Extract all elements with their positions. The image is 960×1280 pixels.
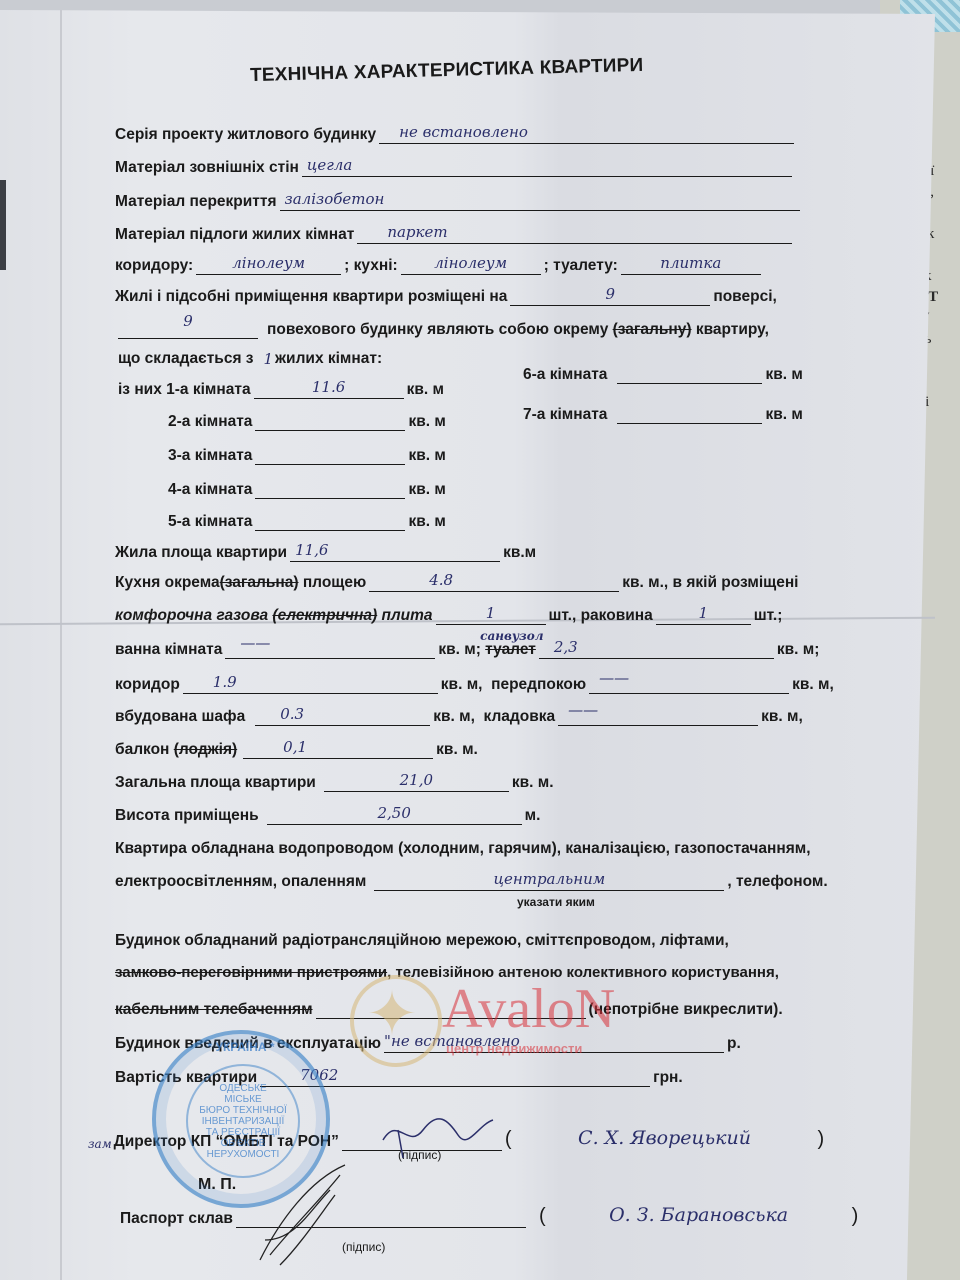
living-area-field: 11,6 xyxy=(290,543,500,562)
corridor-field: 1.9 xyxy=(183,675,438,694)
close-paren: ) xyxy=(818,1128,825,1151)
stamp-center-text: ОДЕСЬКЕМІСЬКЕБЮРО ТЕХНІЧНОЇІНВЕНТАРИЗАЦІ… xyxy=(186,1064,300,1178)
heating-value: центральним xyxy=(374,870,724,888)
building-text-struck: (загальну) xyxy=(613,321,692,339)
row-location: Жилі і підсобні приміщення квартири розм… xyxy=(115,287,777,306)
corridor-unit: кв. м, xyxy=(441,676,483,694)
open-paren: ( xyxy=(505,1128,512,1151)
total-area-unit: кв. м. xyxy=(512,774,554,792)
room-label: 2-а кімната xyxy=(168,413,252,431)
kitchen-area-value: 4.8 xyxy=(429,571,619,589)
series-field: не встановлено xyxy=(379,125,794,144)
wardrobe-unit: кв. м, xyxy=(433,708,475,726)
equipment-text: Квартира обладнана водопроводом (холодни… xyxy=(115,840,811,858)
corridor-label: коридор xyxy=(115,676,180,694)
balcony-label: балкон xyxy=(115,741,169,759)
wardrobe-label: вбудована шафа xyxy=(115,708,245,726)
stamp-line: ОДЕСЬКЕ xyxy=(188,1083,298,1094)
room-field xyxy=(255,480,405,499)
room-row: 7-а кімната кв. м xyxy=(523,405,803,424)
row-floor-types: коридору: лінолеум ; кухні: лінолеум ; т… xyxy=(115,256,764,275)
watermark-name: AvaloN xyxy=(442,977,615,1041)
kitchen-label: Кухня окрема xyxy=(115,574,220,592)
floor-number-value: 9 xyxy=(510,285,710,303)
corridor-floor-field: лінолеум xyxy=(196,256,341,275)
director-prefix: зам xyxy=(88,1137,112,1151)
total-area-field: 21,0 xyxy=(324,773,509,792)
building-equipment-struck: замково-переговірними пристроями xyxy=(115,964,387,981)
passport-name: О. З. Барановська xyxy=(549,1204,849,1226)
wardrobe-field: 0.3 xyxy=(255,707,430,726)
kitchen-label-struck: (загальна) xyxy=(220,574,299,592)
living-area-value: 11,6 xyxy=(295,541,500,559)
equipment-text-end: , телефоном. xyxy=(727,873,827,891)
hall-value: —— xyxy=(599,669,789,687)
row-equipment-2: електроосвітленням, опаленням центральни… xyxy=(115,872,828,891)
building-floors-value: 9 xyxy=(118,312,258,330)
height-value: 2,50 xyxy=(267,804,522,822)
room-unit: кв. м xyxy=(407,381,444,399)
stamp-line: НЕРУХОМОСТІ xyxy=(188,1149,298,1160)
walls-label: Матеріал зовнішніх стін xyxy=(115,159,299,177)
bath-value: —— xyxy=(240,634,435,652)
row-passport: Паспорт склав ( О. З. Барановська ) xyxy=(120,1205,858,1228)
rooms-count-value: 1 xyxy=(264,350,274,368)
sink-unit: шт.; xyxy=(754,607,783,625)
room-unit: кв. м xyxy=(765,406,802,424)
toilet-floor-field: плитка xyxy=(621,256,761,275)
cost-value: 7062 xyxy=(300,1066,650,1084)
row-ceiling: Матеріал перекриття залізобетон xyxy=(115,192,803,211)
room-label: 6-а кімната xyxy=(523,366,607,384)
watermark-subtitle: центр недвижимости xyxy=(446,1041,582,1056)
cost-unit: грн. xyxy=(653,1069,683,1087)
sink-count-field: 1 xyxy=(656,606,751,625)
row-rooms-count: що складається з 1 жилих кімнат: xyxy=(118,350,382,368)
heating-field: центральним xyxy=(374,872,724,891)
toilet-note: санвузол xyxy=(480,629,543,643)
toilet-label-text: туалет xyxy=(485,641,536,658)
height-label: Висота приміщень xyxy=(115,807,259,825)
storage-unit: кв. м, xyxy=(761,708,803,726)
storage-label: кладовка xyxy=(484,708,556,726)
bath-label: ванна кімната xyxy=(115,641,222,659)
row-balcony: балкон (лоджія) 0,1 кв. м. xyxy=(115,740,478,759)
kitchen-area-field: 4.8 xyxy=(369,573,619,592)
total-area-value: 21,0 xyxy=(324,771,509,789)
room-field xyxy=(255,512,405,531)
stove-label-struck: (електрична) xyxy=(272,607,377,625)
row-kitchen: Кухня окрема (загальна) площею 4.8 кв. м… xyxy=(115,573,799,592)
floor-number-field: 9 xyxy=(510,287,710,306)
living-area-unit: кв.м xyxy=(503,544,536,562)
ceiling-field: залізобетон xyxy=(280,192,800,211)
toilet-value: 2,3 xyxy=(554,638,774,656)
room-label: 7-а кімната xyxy=(523,406,607,424)
director-name: С. Х. Яворецький xyxy=(515,1127,815,1149)
hall-label: передпокою xyxy=(491,676,586,694)
room-row: 5-а кімната кв. м xyxy=(168,512,446,531)
storage-field: —— xyxy=(558,707,758,726)
stove-unit: шт., раковина xyxy=(549,607,653,625)
row-bath-toilet: ванна кімната —— кв. м; туалетсанвузол 2… xyxy=(115,640,819,659)
room-value: 11.6 xyxy=(254,378,404,396)
row-living-area: Жила площа квартири 11,6 кв.м xyxy=(115,543,536,562)
room-unit: кв. м xyxy=(408,481,445,499)
row-series: Серія проекту житлового будинку не встан… xyxy=(115,125,797,144)
technical-characteristics-form: ТЕХНІЧНА ХАРАКТЕРИСТИКА КВАРТИРИ Серія п… xyxy=(0,0,960,1280)
stove-count-value: 1 xyxy=(436,604,546,622)
room-field: 11.6 xyxy=(254,380,404,399)
room-row: із них 1-а кімната 11.6 кв. м xyxy=(118,380,444,399)
room-row: 4-а кімната кв. м xyxy=(168,480,446,499)
director-name-field: С. Х. Яворецький xyxy=(515,1133,815,1151)
series-value: не встановлено xyxy=(399,123,794,141)
height-unit: м. xyxy=(525,807,541,825)
hall-field: —— xyxy=(589,675,789,694)
storage-value: —— xyxy=(568,701,758,719)
floor-field: паркет xyxy=(357,225,792,244)
room-label: 4-а кімната xyxy=(168,481,252,499)
balcony-field: 0,1 xyxy=(243,740,433,759)
stove-label: комфорочна газова xyxy=(115,607,268,625)
room-row: 2-а кімната кв. м xyxy=(168,412,446,431)
room-field xyxy=(617,405,762,424)
close-paren: ) xyxy=(852,1205,859,1228)
commissioned-unit: р. xyxy=(727,1035,741,1053)
balcony-label-struck: (лоджія) xyxy=(174,741,237,759)
hall-unit: кв. м, xyxy=(792,676,834,694)
kitchen-label-end: площею xyxy=(303,574,366,592)
room-row: 6-а кімната кв. м xyxy=(523,365,803,384)
building-text-end: квартиру, xyxy=(696,321,769,339)
room-label: 3-а кімната xyxy=(168,447,252,465)
toilet-floor-label: ; туалету: xyxy=(544,257,618,275)
row-equipment-1: Квартира обладнана водопроводом (холодни… xyxy=(115,840,811,858)
toilet-floor-value: плитка xyxy=(621,254,761,272)
row-wardrobe: вбудована шафа 0.3 кв. м, кладовка —— кв… xyxy=(115,707,803,726)
page-title: ТЕХНІЧНА ХАРАКТЕРИСТИКА КВАРТИРИ xyxy=(250,55,644,87)
kitchen-floor-field: лінолеум xyxy=(401,256,541,275)
series-label: Серія проекту житлового будинку xyxy=(115,126,376,144)
passport-name-field: О. З. Барановська xyxy=(549,1210,849,1228)
row-total-area: Загальна площа квартири 21,0 кв. м. xyxy=(115,773,554,792)
total-area-label: Загальна площа квартири xyxy=(115,774,316,792)
kitchen-area-unit: кв. м., в якій розміщені xyxy=(622,574,798,592)
compass-icon xyxy=(350,975,442,1067)
sink-count-value: 1 xyxy=(656,604,751,622)
row-height: Висота приміщень 2,50 м. xyxy=(115,806,540,825)
passport-label: Паспорт склав xyxy=(120,1210,233,1228)
corridor-floor-value: лінолеум xyxy=(196,254,341,272)
room-unit: кв. м xyxy=(408,447,445,465)
floor-value: паркет xyxy=(387,223,792,241)
official-stamp: * УКРАЇНА * ОДЕСЬКЕМІСЬКЕБЮРО ТЕХНІЧНОЇІ… xyxy=(152,1030,330,1208)
row-building-eq-1: Будинок обладнаний радіотрансляційною ме… xyxy=(115,932,729,950)
toilet-label: туалетсанвузол xyxy=(485,641,536,659)
row-walls: Матеріал зовнішніх стін цегла xyxy=(115,158,795,177)
kitchen-floor-value: лінолеум xyxy=(401,254,541,272)
stamp-line: ОБ'ЄКТІВ xyxy=(188,1138,298,1149)
corridor-value: 1.9 xyxy=(213,673,438,691)
building-floors-field: 9 xyxy=(118,320,258,339)
stamp-top-text: * УКРАЇНА * xyxy=(156,1040,326,1054)
director-signature xyxy=(378,1110,498,1160)
balcony-unit: кв. м. xyxy=(436,741,478,759)
building-equipment-struck: кабельним телебаченням xyxy=(115,1001,313,1019)
room-field xyxy=(255,446,405,465)
room-label: 5-а кімната xyxy=(168,513,252,531)
wardrobe-value: 0.3 xyxy=(280,705,430,723)
floor-suffix: поверсі, xyxy=(713,288,776,306)
row-floor: Матеріал підлоги жилих кімнат паркет xyxy=(115,225,795,244)
heating-caption: указати яким xyxy=(517,895,595,909)
walls-value: цегла xyxy=(307,156,792,174)
ceiling-value: залізобетон xyxy=(285,190,800,208)
room-unit: кв. м xyxy=(408,513,445,531)
walls-field: цегла xyxy=(302,158,792,177)
room-label: із них 1-а кімната xyxy=(118,381,251,399)
row-stove: комфорочна газова (електрична) плита 1 ш… xyxy=(115,606,782,625)
stove-label-end: плита xyxy=(382,607,433,625)
bath-unit: кв. м; xyxy=(438,641,481,659)
bath-field: —— xyxy=(225,640,435,659)
rooms-count-label: що складається з xyxy=(118,350,254,368)
toilet-unit: кв. м; xyxy=(777,641,820,659)
building-text: повехового будинку являють собою окрему xyxy=(267,321,608,339)
height-field: 2,50 xyxy=(267,806,522,825)
watermark: AvaloN центр недвижимости xyxy=(350,975,680,1065)
row-corridor: коридор 1.9 кв. м, передпокою —— кв. м, xyxy=(115,675,834,694)
equipment-text: електроосвітленням, опаленням xyxy=(115,873,366,891)
open-paren: ( xyxy=(539,1205,546,1228)
building-equipment-text: Будинок обладнаний радіотрансляційною ме… xyxy=(115,932,729,950)
kitchen-floor-label: ; кухні: xyxy=(344,257,398,275)
location-label: Жилі і підсобні приміщення квартири розм… xyxy=(115,288,507,306)
ceiling-label: Матеріал перекриття xyxy=(115,193,277,211)
stamp-line: БЮРО ТЕХНІЧНОЇ xyxy=(188,1105,298,1116)
stamp-line: МІСЬКЕ xyxy=(188,1094,298,1105)
balcony-value: 0,1 xyxy=(283,738,433,756)
room-unit: кв. м xyxy=(408,413,445,431)
room-row: 3-а кімната кв. м xyxy=(168,446,446,465)
room-unit: кв. м xyxy=(765,366,802,384)
stamp-line: ТА РЕЄСТРАЦІЇ xyxy=(188,1127,298,1138)
room-field xyxy=(255,412,405,431)
living-area-label: Жила площа квартири xyxy=(115,544,287,562)
row-building: 9 повехового будинку являють собою окрем… xyxy=(115,320,769,339)
corridor-floor-label: коридору: xyxy=(115,257,193,275)
room-field xyxy=(617,365,762,384)
floor-label: Матеріал підлоги жилих кімнат xyxy=(115,226,354,244)
stove-count-field: 1 xyxy=(436,606,546,625)
toilet-field: 2,3 xyxy=(539,640,774,659)
rooms-count-suffix: жилих кімнат: xyxy=(275,350,382,368)
stamp-line: ІНВЕНТАРИЗАЦІЇ xyxy=(188,1116,298,1127)
